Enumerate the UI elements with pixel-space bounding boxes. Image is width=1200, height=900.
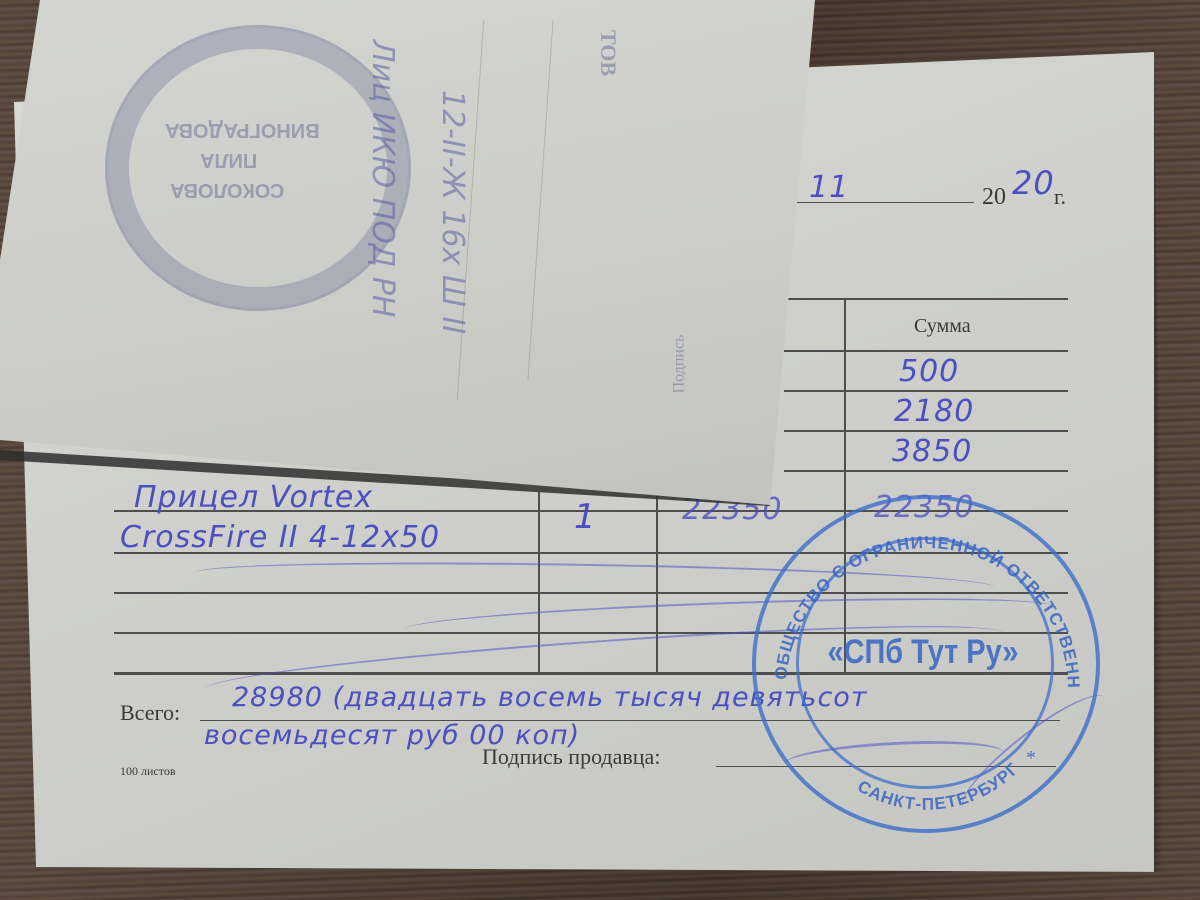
date-underline [774,202,974,203]
faded-stamp-line-3: СОКОЛОВА [170,178,284,201]
sum-row-2: 2180 [894,394,974,429]
pad-sheet-count: 100 листов [120,764,176,779]
faint-label: Подпись [670,335,688,394]
item-name-line-2: CrossFire II 4-12x50 [120,520,440,555]
date-day-month: 11 [809,170,849,205]
company-seal-stamp: ОБЩЕСТВО С ОГРАНИЧЕННОЙ ОТВЕТСТВЕННОСТЬЮ… [752,495,1100,833]
sum-column-header: Сумма [914,315,971,338]
stamp-star: * [1026,747,1036,770]
date-year-prefix: 20 [982,184,1006,211]
printed-fragment: ТОВ [595,30,621,76]
faded-stamp-line-2: ПИЛА [200,148,257,171]
total-label: Всего: [120,700,180,726]
row-rule [784,470,1068,472]
date-year-unit: г. [1054,184,1066,210]
seller-signature-label: Подпись продавца: [482,744,660,770]
item-name-line-1: Прицел Vortex [134,480,373,515]
date-year-suffix: 20 [1012,164,1055,202]
sum-row-1: 500 [899,354,959,389]
overlapping-stamped-sheet: ВИНОГРАДОВА ПИЛА СОКОЛОВА 12-II-Ж 16х Ш … [0,0,820,510]
table-top-rule [784,298,1068,300]
row-rule [784,390,1068,392]
stamp-company-name: «СПб Тут Ру» [791,633,1055,672]
item-qty: 1 [574,497,597,537]
faded-stamp-line-1: ВИНОГРАДОВА [165,118,320,141]
faded-handwriting-2: Лиц ИКЮ ПОД РН [365,40,400,317]
row-rule [784,430,1068,432]
sum-row-3: 3850 [892,434,972,469]
table-header-rule [784,350,1068,352]
svg-text:САНКТ-ПЕТЕРБУРГ: САНКТ-ПЕТЕРБУРГ [854,759,1023,814]
faint-rule [527,20,553,379]
